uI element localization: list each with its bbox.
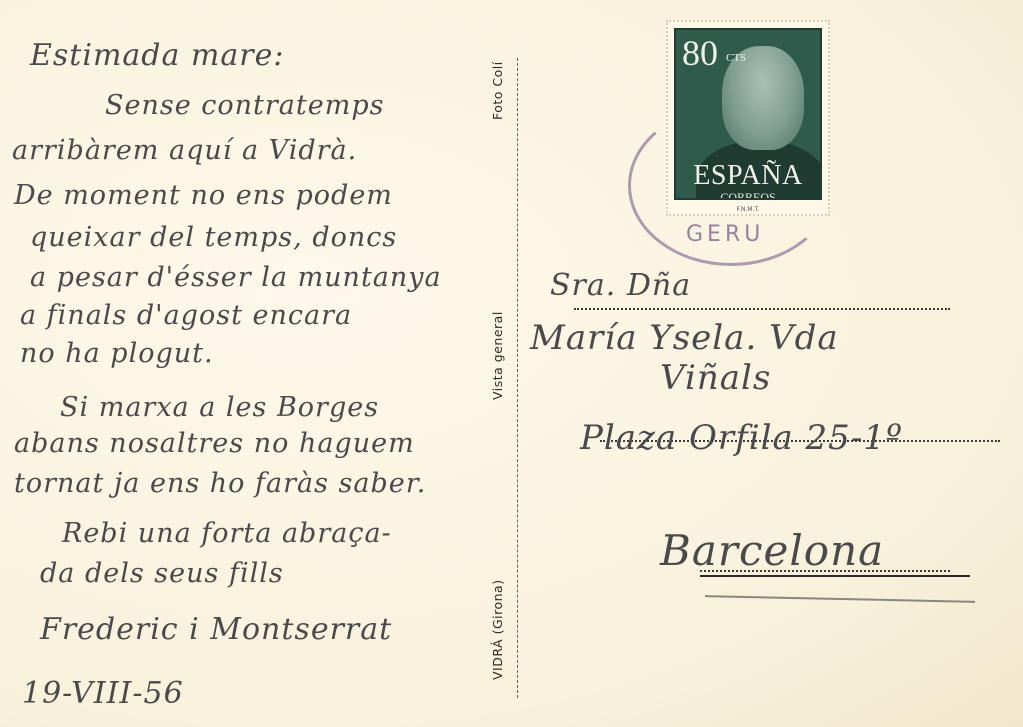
location-caption: VIDRÁ (Girona) [490, 579, 505, 680]
message-line: abans nosaltres no haguem [14, 428, 415, 459]
message-line: a finals d'agost encara [20, 300, 352, 331]
center-divider [517, 58, 518, 698]
stamp-unit: CTS [726, 52, 746, 64]
address-name: María Ysela. Vda [530, 318, 839, 358]
date: 19-VIII-56 [22, 676, 184, 711]
signature: Frederic i Montserrat [40, 612, 392, 647]
message-line: tornat ja ens ho faràs saber. [14, 468, 426, 499]
message-line: arribàrem aquí a Vidrà. [12, 135, 357, 166]
stamp-denomination: 80 [682, 32, 718, 74]
message-line: Sense contratemps [105, 90, 384, 121]
postcard-back: Estimada mare: Sense contratemps arribàr… [0, 0, 1023, 727]
stamp-service: CORREOS [676, 190, 820, 200]
address-salutation: Sra. Dña [550, 268, 691, 303]
address-line-3 [700, 570, 950, 572]
stamp-printer: F.N.M.T. [668, 206, 828, 213]
view-caption: Vista general [490, 311, 505, 400]
postmark-text: GERU [686, 222, 764, 247]
photo-credit: Foto Colí [490, 61, 505, 120]
message-line: da dels seus fills [40, 558, 284, 589]
message-line: De moment no ens podem [14, 180, 393, 211]
greeting: Estimada mare: [30, 38, 284, 73]
address-surname: Viñals [660, 358, 771, 398]
address-city: Barcelona [660, 526, 884, 575]
address-street: Plaza Orfila 25-1º [580, 418, 903, 458]
message-line: no ha plogut. [20, 338, 214, 369]
message-line: queixar del temps, doncs [30, 222, 397, 253]
message-line: Si marxa a les Borges [60, 392, 379, 423]
city-underline [700, 575, 970, 577]
postage-stamp: 80 CTS ESPAÑA CORREOS F.N.M.T. [666, 20, 830, 216]
address-line-4 [705, 595, 975, 603]
address-line-1 [574, 308, 950, 310]
message-line: Rebi una forta abraça- [62, 518, 392, 549]
stamp-country: ESPAÑA [676, 160, 820, 192]
message-line: a pesar d'ésser la muntanya [30, 262, 442, 293]
